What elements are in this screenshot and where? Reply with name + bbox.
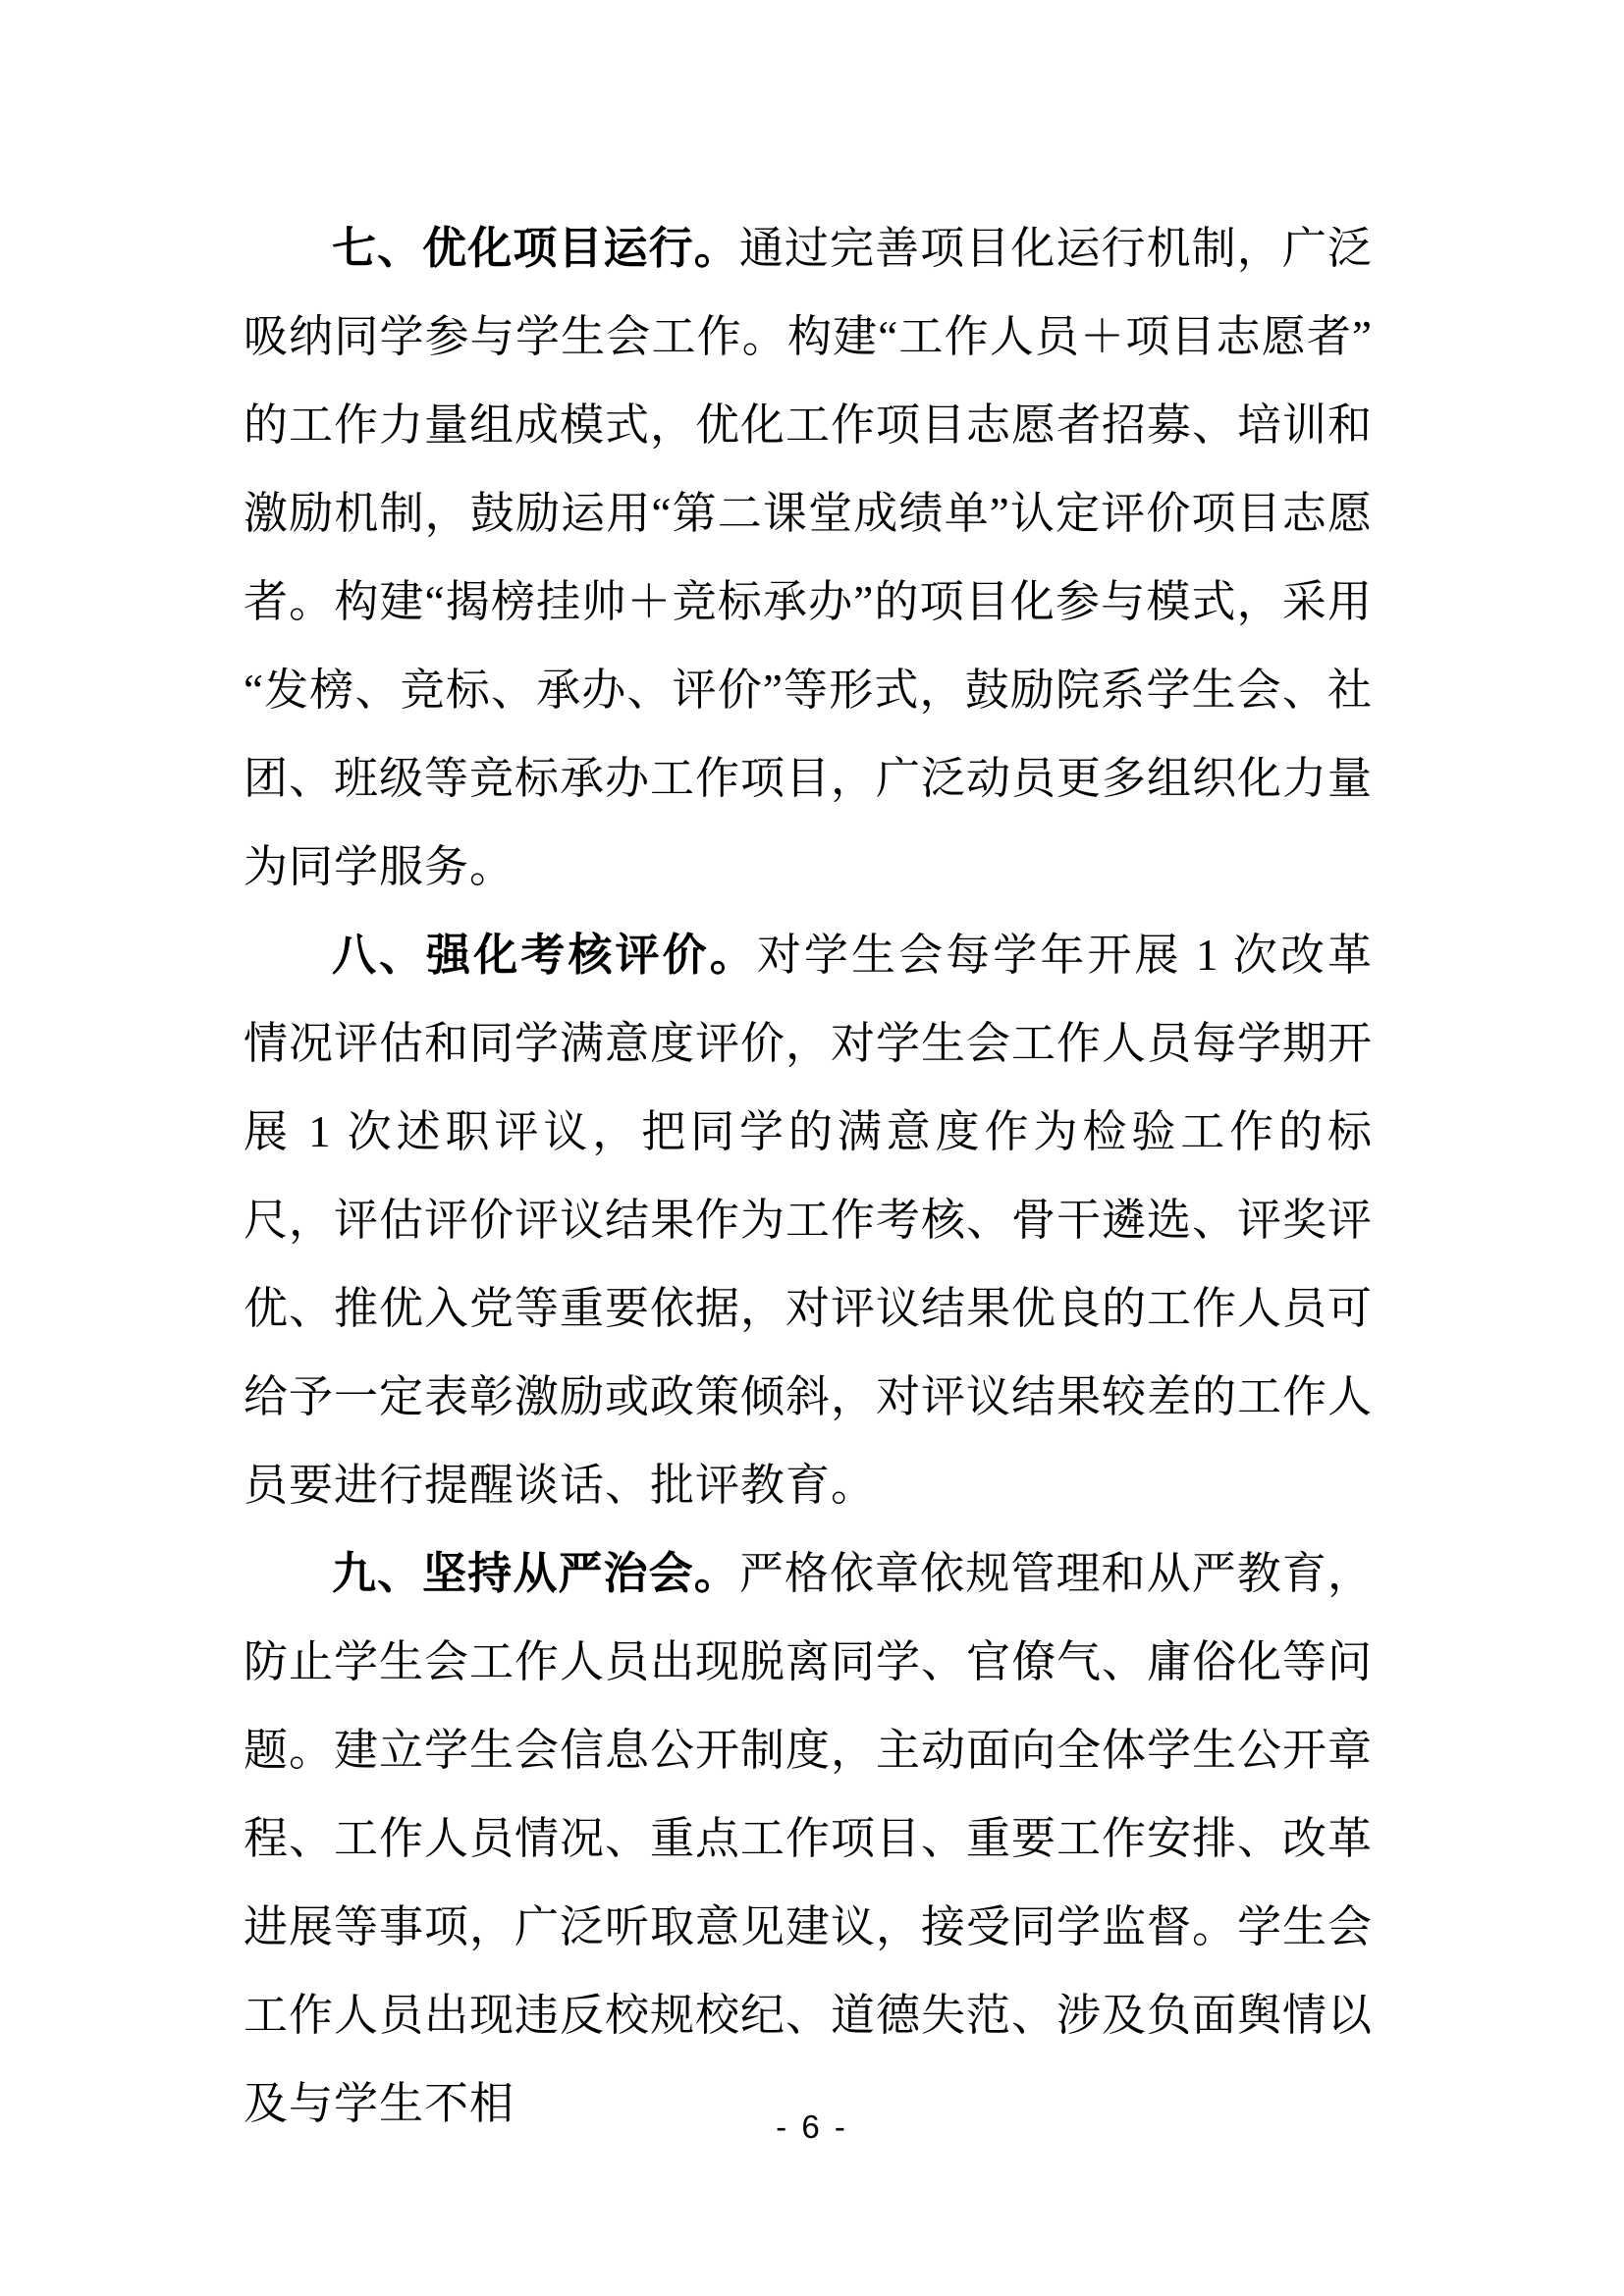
paragraph-9-text: 严格依章依规管理和从严教育，防止学生会工作人员出现脱离同学、官僚气、庸俗化等问题…: [244, 1549, 1373, 2128]
paragraph-7-heading: 七、优化项目运行。: [332, 224, 739, 273]
paragraph-8-text: 对学生会每学年开展 1 次改革情况评估和同学满意度评价，对学生会工作人员每学期开…: [244, 931, 1373, 1510]
paragraph-7-text: 通过完善项目化运行机制，广泛吸纳同学参与学生会工作。构建“工作人员＋项目志愿者”…: [244, 224, 1373, 891]
document-page: 七、优化项目运行。通过完善项目化运行机制，广泛吸纳同学参与学生会工作。构建“工作…: [0, 0, 1624, 2296]
page-number: - 6 -: [776, 2109, 848, 2145]
paragraph-8: 八、强化考核评价。对学生会每学年开展 1 次改革情况评估和同学满意度评价，对学生…: [244, 911, 1373, 1529]
page-footer: - 6 -: [0, 2109, 1624, 2146]
document-body: 七、优化项目运行。通过完善项目化运行机制，广泛吸纳同学参与学生会工作。构建“工作…: [244, 204, 1373, 2148]
paragraph-9-heading: 九、坚持从严治会。: [332, 1549, 739, 1598]
paragraph-9: 九、坚持从严治会。严格依章依规管理和从严教育，防止学生会工作人员出现脱离同学、官…: [244, 1529, 1373, 2148]
paragraph-7: 七、优化项目运行。通过完善项目化运行机制，广泛吸纳同学参与学生会工作。构建“工作…: [244, 204, 1373, 911]
paragraph-8-heading: 八、强化考核评价。: [332, 931, 757, 980]
